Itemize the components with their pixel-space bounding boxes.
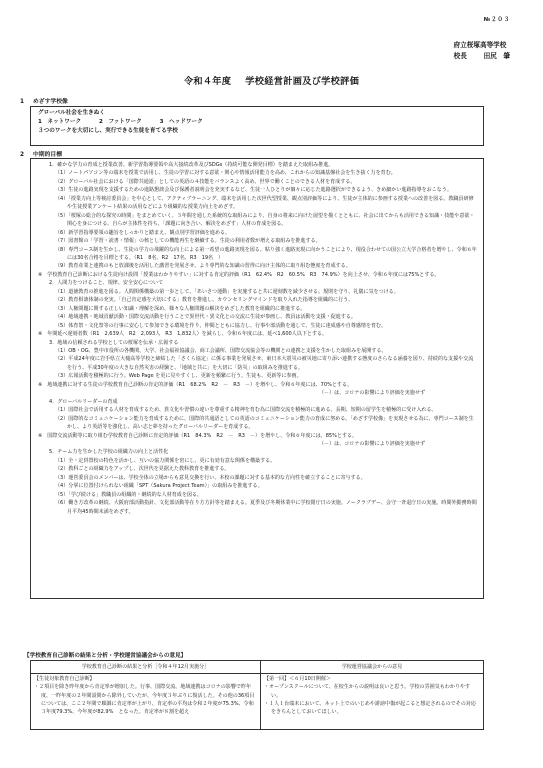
vision-line-1: グローバル社会を生きぬく: [38, 109, 476, 118]
goal-item: （5）「学び続ける」教職員の組織的・継続的な人材育成を図る。: [55, 491, 477, 499]
goal-item: （3）運営委員会のメンバーは、学校全体の立場からも意見交換を行い、本校の課題に対…: [55, 474, 477, 482]
work-1: 1 ネットワーク: [38, 118, 81, 127]
self-assessment-text: ・２項目を除き昨年度から肯定率が増加した。行事、国際交流、地域連携はコロナの影響…: [34, 683, 257, 716]
table-row: 【生徒対象教育自己診断】 ・２項目を除き昨年度から肯定率が増加した。行事、国際交…: [31, 674, 484, 730]
goal-5-title: 5．チーム力を生かした学校の組織力の向上と活性化: [37, 448, 477, 456]
goal-2-note: ※ 年間延べ遅刻者数（R1 2,639人 R2 2,093人 R3 1,832人…: [35, 330, 477, 338]
goal-item: （2）教科ごとの組織力をアップし、次世代を見据えた教科教育を推進する。: [55, 465, 477, 473]
goal-item: （1）道徳教育の推進を図る。人間関係構築の第一歩として、「あいさつ運動」を実施す…: [55, 288, 477, 296]
school-info: 府立桜塚高等学校 校長田尻 肇: [454, 40, 510, 62]
goal-item: （4）地域連携・地域貢献活動・国際交流活動を行うことで異世代・異文化との交流に生…: [55, 313, 477, 321]
title-year: 令和４年度: [184, 76, 231, 87]
title-main: 学校経営計画及び学校評価: [245, 76, 359, 87]
goal-item: （4）分掌に位置付けられない組織「SPT（Sakura Project Team…: [55, 482, 477, 490]
goal-2-title: 2．人間力をつけること、規律、安全安心について: [37, 279, 477, 287]
goal-3-items: （1）OB・OG、豊中市役所の各機関、大学、社会福祉協議会、商工会議所、国際交流…: [37, 347, 477, 381]
section-title: めざす学校像: [33, 99, 68, 105]
table-header-row: 学校教育自己診断の結果と分析［令和４年12月実施分］ 学校運営協議会からの意見: [31, 661, 484, 674]
goal-2-items: （1）道徳教育の推進を図る。人間関係構築の第一歩として、「あいさつ運動」を実施す…: [37, 288, 477, 330]
goal-item: （9）教育産業と連携のもと放課後を活用した講習を発展させ、より専門的な知識の習得…: [55, 262, 477, 270]
col-header-council-opinion: 学校運営協議会からの意見: [261, 661, 484, 674]
goal-item: （3）広報活動を積極的に行う。Web Page を更に見やすくし、更新を頻繁に行…: [55, 372, 477, 380]
goal-item: （3）人権問題に関する正しい知識・理解を深め、様々な人権問題の解決をめざした教育…: [55, 305, 477, 313]
vision-box: グローバル社会を生きぬく 1 ネットワーク 2 フットワーク 3 ヘッドワーク …: [30, 106, 484, 146]
goal-item: （6）働き方改革の継続、大阪府部活動指針、文化部活動等在り方方針等を踏まえる。夏…: [55, 499, 477, 516]
goal-item: （7）図書館の「学習・読書・情報」の核としての機能再生を継續する。生徒の利用者数…: [55, 237, 477, 245]
school-name: 府立桜塚高等学校: [454, 40, 510, 51]
goal-item: （2）国際的なコミュニケーション能力を育成するために、国際的共通語としての英語の…: [55, 415, 477, 432]
goal-item: （1）全・定併置校の特色を活かし、互いの協力関係を密にし、更に有効有意な関係を構…: [55, 457, 477, 465]
goals-box: 1．確かな学力の育成と授業改善。新学習指導要領や高大接続改革及びSDGs（持続可…: [30, 158, 484, 599]
self-assessment-cell: 【生徒対象教育自己診断】 ・２項目を除き昨年度から肯定率が増加した。行事、国際交…: [31, 674, 261, 730]
work-2: 2 フットワーク: [99, 118, 142, 127]
principal-role: 校長: [454, 51, 484, 62]
page-title: 令和４年度学校経営計画及び学校評価: [0, 73, 543, 87]
goal-1-note: ※ 学校教育自己診断における生徒向け設問「授業はわかりやすい」に対する肯定的評価…: [35, 271, 477, 279]
page-number: №２０３: [484, 15, 510, 23]
work-3: 3 ヘッドワーク: [160, 118, 203, 127]
council-opinion-cell: 【第一回】＜６月10日開催＞ ・オープンスクールについて、在校生からの説明は良い…: [261, 674, 484, 730]
goal-item: （2）グローバル社会における「国際共通語」としての英語の４技能をバランスよく高め…: [55, 178, 477, 186]
vision-line-3: ３つのワークを大切にし、実行できる生徒を育てる学校: [38, 127, 476, 136]
council-opinion-item: ・オープンスクールについて、在校生からの説明は良いと思う。学校の雰囲気もわかりや…: [264, 683, 480, 700]
goal-3-note: ※ 地域連携に対する生徒の学校教育自己診断の肯定的評価（R1 68.2% R2 …: [35, 381, 477, 389]
section-number: 1: [20, 99, 33, 105]
goal-item: （6）新学習指導要領の趣旨をしっかりと踏まえ、観点別学習評価を進める。: [55, 229, 477, 237]
goal-5-items: （1）全・定併置校の特色を活かし、互いの協力関係を密にし、更に有効有意な関係を構…: [37, 457, 477, 516]
goal-4-title: 4．グローバルリーダーの育成: [37, 398, 477, 406]
goal-item: （1）OB・OG、豊中市役所の各機関、大学、社会福祉協議会、商工会議所、国際交流…: [55, 347, 477, 355]
goal-item: （8）専門コース制を生かし、生徒の学力の飛躍的な向上による第一希望の進路実現を図…: [55, 246, 477, 263]
goal-1-items: （1）ノートパソコン等の端末を授業で活用し、生徒の学習に対する意欲・関心や情報活…: [37, 169, 477, 270]
goal-item: （4）「授業力向上等検討委員会」を中心として、アクティブラーニング、端末を活用し…: [55, 195, 477, 212]
section-2-heading: 2中期的目標: [20, 149, 62, 158]
goal-item: （3）生徒の進路実現を支援するための進路懇談会及び保護者説明会を充実するなど、生…: [55, 186, 477, 194]
goal-3-note-sub: （－）は、コロナの影響により評価を実施せず: [37, 389, 477, 397]
goal-4-items: （1）国際社会で活用する人材を育成するため、異文化や習慣の違いを尊重する精神を育…: [37, 406, 477, 431]
goal-4-note-sub: （－）は、コロナの影響により評価を実施せず: [37, 440, 477, 448]
goal-3-title: 3．地域の信頼される学校としての桜塚を伝承・広報する: [37, 339, 477, 347]
evaluation-table: 学校教育自己診断の結果と分析［令和４年12月実施分］ 学校運営協議会からの意見 …: [30, 660, 484, 730]
evaluation-heading: 【学校教育自己診断の結果と分析・学校運営協議会からの意見】: [24, 651, 186, 659]
council-meeting-title: 【第一回】＜６月10日開催＞: [264, 675, 480, 683]
council-opinion-item: ・１人１台端末において、ネット上でのいじめや誹謗中傷が起こると想定されるのでその…: [264, 700, 480, 717]
goal-item: （1）国際社会で活用する人材を育成するため、異文化や習慣の違いを尊重する精神を育…: [55, 406, 477, 414]
goal-item: （5）「桜塚の総合的な探究の時間」をまとめていく。３年間を通した系統的な取組みに…: [55, 212, 477, 229]
goal-1-title: 1．確かな学力の育成と授業改善。新学習指導要領や高大接続改革及びSDGs（持続可…: [37, 161, 477, 169]
goal-item: （5）体育祭・文化祭等の行事に安心して参加できる環境を作り、仲間とともに協力し、…: [55, 322, 477, 330]
principal-line: 校長田尻 肇: [454, 51, 510, 62]
goal-item: （2）平成24年度に岩手県立大槌高等学校と締結した「さくら協定」に係る事業を発展…: [55, 355, 477, 372]
vision-works: 1 ネットワーク 2 フットワーク 3 ヘッドワーク: [38, 118, 476, 127]
principal-name: 田尻 肇: [484, 51, 510, 62]
self-assessment-title: 【生徒対象教育自己診断】: [34, 675, 257, 683]
goal-4-note: ※ 国際交流活動等に取り組む学校教育自己診断に肯定的評価（R1 84.3% R2…: [35, 432, 477, 440]
goal-item: （1）ノートパソコン等の端末を授業で活用し、生徒の学習に対する意欲・関心や情報活…: [55, 169, 477, 177]
col-header-self-assessment: 学校教育自己診断の結果と分析［令和４年12月実施分］: [31, 661, 261, 674]
goal-item: （2）教育相談体制の充実。「自己肯定感を大切にする」教育を推進し、カウンセリング…: [55, 296, 477, 304]
section-1-heading: 1めざす学校像: [20, 96, 68, 105]
